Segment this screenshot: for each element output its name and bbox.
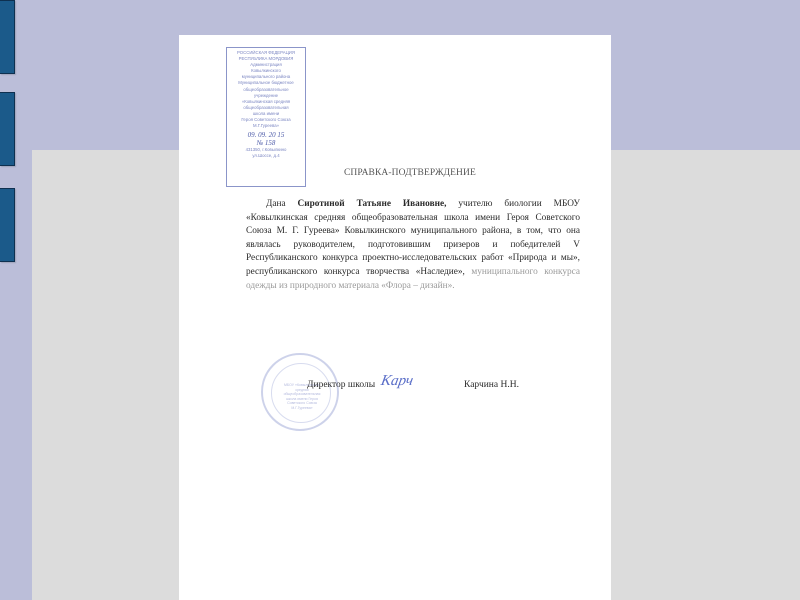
stamp-number: № 158 [227,139,305,147]
document-body: Дана Сиротиной Татьяне Ивановне, учителю… [246,198,580,293]
official-stamp: РОССИЙСКАЯ ФЕДЕРАЦИЯ РЕСПУБЛИКА МОРДОВИЯ… [226,47,306,187]
school-seal: МБОУ «Ковылкинская средняя общеобразоват… [261,353,339,431]
director-label: Директор школы [307,380,375,390]
slide-tab-3[interactable] [0,188,15,262]
document-page: РОССИЙСКАЯ ФЕДЕРАЦИЯ РЕСПУБЛИКА МОРДОВИЯ… [179,35,611,600]
stamp-date: 09. 09. 20 15 [227,131,305,139]
stamp-address: ул.Шоссе, д.4 [227,153,305,159]
body-intro: Дана [266,199,298,209]
body-main: учителю биологии МБОУ «Ковылкинская сред… [246,199,580,277]
stamp-line: Муниципальное бюджетное [227,80,305,86]
document-title: СПРАВКА-ПОДТВЕРЖДЕНИЕ [344,168,476,178]
slide-tab-1[interactable] [0,0,15,74]
slide-tab-2[interactable] [0,92,15,166]
director-name: Карчина Н.Н. [464,380,519,390]
recipient-name: Сиротиной Татьяне Ивановне, [298,199,447,209]
stamp-line: М.Г.Гуреева» [227,123,305,129]
director-signature: Карч [380,373,415,390]
